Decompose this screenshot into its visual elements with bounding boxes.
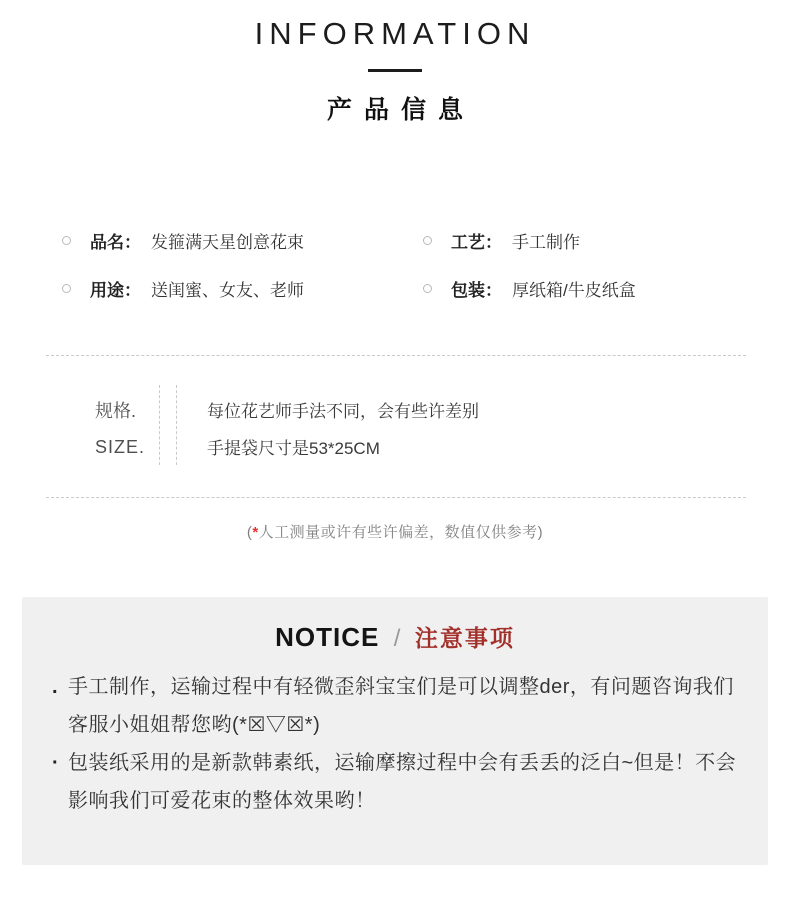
vertical-dashed-divider <box>176 385 177 465</box>
circle-bullet-icon <box>62 236 71 245</box>
notice-list: . 手工制作，运输过程中有轻微歪斜宝宝们是可以调整der，有问题咨询我们 客服小… <box>22 668 768 820</box>
notice-line: 包装纸采用的是新款韩素纸，运输摩擦过程中会有丢丢的泛白~但是！不会 <box>68 744 740 782</box>
bullet-marker: · <box>52 744 59 782</box>
notice-title-en: NOTICE <box>275 622 379 652</box>
measurement-note-text: 人工测量或许有些许偏差，数值仅供参考 <box>259 524 538 541</box>
dashed-divider-top <box>46 355 746 356</box>
spec-value: 手工制作 <box>512 228 580 253</box>
dashed-divider-bottom <box>46 497 746 498</box>
size-note-line: 手提袋尺寸是53*25CM <box>207 434 380 459</box>
spec-value: 发箍满天星创意花束 <box>151 228 304 253</box>
page-title-en: INFORMATION <box>0 0 790 52</box>
size-label-zh: 规格. <box>95 397 136 423</box>
notice-title-zh: 注意事项 <box>415 625 515 651</box>
product-info-page: INFORMATION 产品信息 品名： 发箍满天星创意花束 工艺： 手工制作 … <box>0 0 790 914</box>
measurement-note: (*人工测量或许有些许偏差，数值仅供参考) <box>0 521 790 542</box>
spec-label: 工艺： <box>451 228 502 253</box>
page-title-zh: 产品信息 <box>0 90 790 126</box>
slash-separator: / <box>394 625 401 652</box>
notice-item: · 包装纸采用的是新款韩素纸，运输摩擦过程中会有丢丢的泛白~但是！不会 影响我们… <box>52 744 740 820</box>
notice-box: NOTICE / 注意事项 . 手工制作，运输过程中有轻微歪斜宝宝们是可以调整d… <box>22 597 768 865</box>
vertical-dashed-divider <box>159 385 160 465</box>
notice-title: NOTICE / 注意事项 <box>22 620 768 653</box>
notice-line: 客服小姐姐帮您哟(*☒▽☒*) <box>68 706 740 744</box>
spec-item-name: 品名： 发箍满天星创意花束 <box>62 228 423 253</box>
spec-value: 送闺蜜、女友、老师 <box>151 276 304 301</box>
size-note-line: 每位花艺师手法不同，会有些许差别 <box>207 397 479 422</box>
notice-line: 手工制作，运输过程中有轻微歪斜宝宝们是可以调整der，有问题咨询我们 <box>68 668 740 706</box>
circle-bullet-icon <box>423 284 432 293</box>
spec-label: 包装： <box>451 276 502 301</box>
spec-item-packaging: 包装： 厚纸箱/牛皮纸盒 <box>423 276 764 301</box>
spec-label: 品名： <box>90 228 141 253</box>
title-divider <box>368 69 422 72</box>
size-label-en: SIZE. <box>95 437 145 458</box>
close-paren: ) <box>538 524 544 541</box>
spec-item-usage: 用途： 送闺蜜、女友、老师 <box>62 276 423 301</box>
notice-line: 影响我们可爱花束的整体效果哟！ <box>68 782 740 820</box>
spec-item-craft: 工艺： 手工制作 <box>423 228 764 253</box>
circle-bullet-icon <box>423 236 432 245</box>
notice-item: . 手工制作，运输过程中有轻微歪斜宝宝们是可以调整der，有问题咨询我们 客服小… <box>52 668 740 744</box>
spec-label: 用途： <box>90 276 141 301</box>
spec-value: 厚纸箱/牛皮纸盒 <box>512 276 636 301</box>
spec-list: 品名： 发箍满天星创意花束 工艺： 手工制作 用途： 送闺蜜、女友、老师 包装：… <box>62 228 764 301</box>
circle-bullet-icon <box>62 284 71 293</box>
bullet-marker: . <box>52 668 58 706</box>
